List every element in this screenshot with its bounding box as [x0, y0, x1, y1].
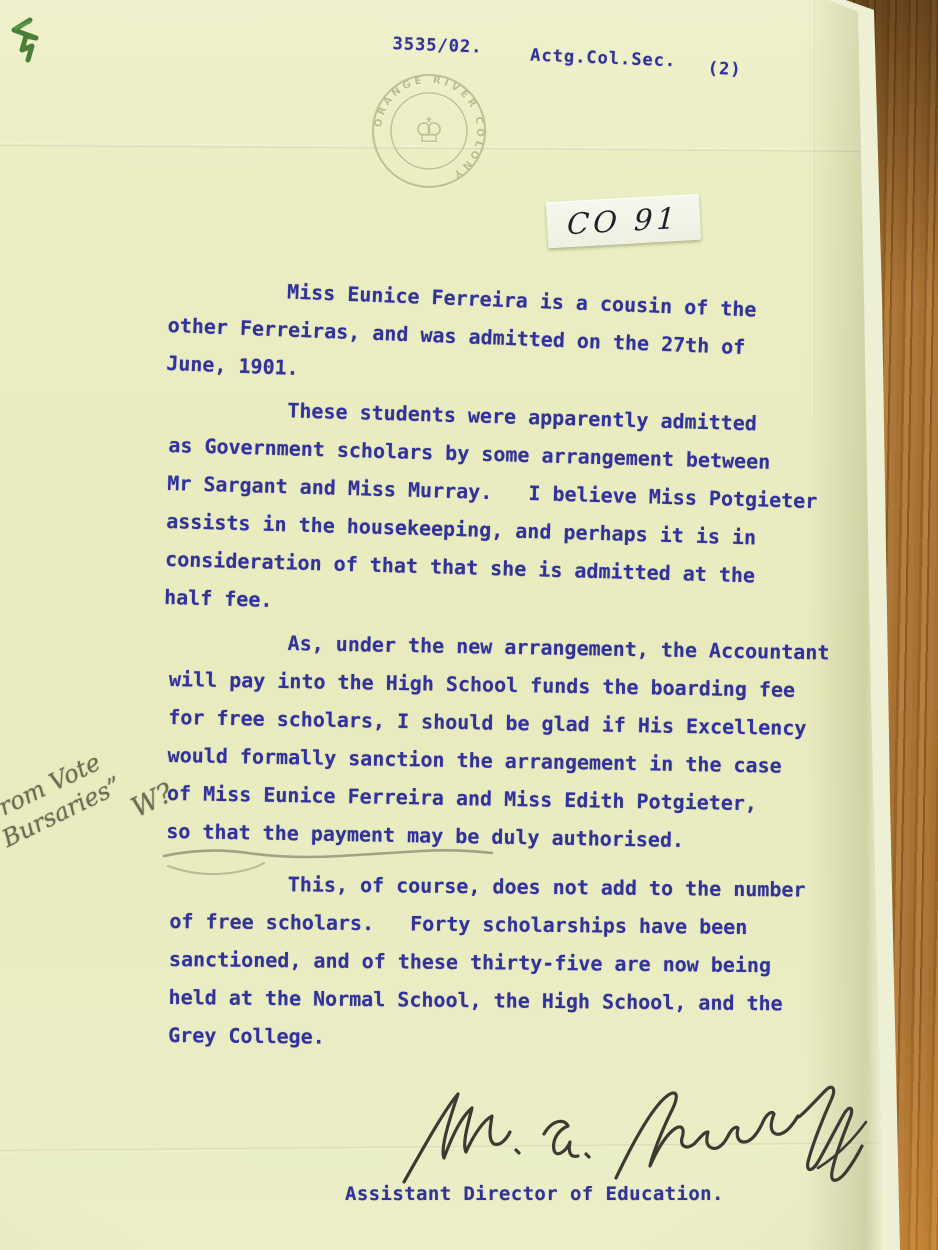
archive-label-text: CO 91 — [567, 201, 681, 241]
signature-title: Assistant Director of Education. — [345, 1183, 724, 1205]
signature-autograph — [398, 1082, 938, 1194]
green-fragment — [0, 8, 130, 78]
addressee-abbreviation: Actg.Col.Sec. — [530, 46, 677, 72]
paragraph-2: These students were apparently admitteda… — [164, 388, 860, 635]
paragraph-4: This, of course, does not add to the num… — [168, 864, 860, 1061]
pencil-underline — [158, 842, 498, 888]
paragraph-3: As, under the new arrangement, the Accou… — [166, 622, 860, 862]
archive-label: CO 91 — [546, 194, 701, 248]
file-number: 3535/02. — [392, 34, 483, 58]
paragraph-1: Miss Eunice Ferreira is a cousin of theo… — [166, 268, 860, 408]
letter-page: ORANGE RIVER COLONY ♔ 3535/02. Actg.Col.… — [0, 0, 938, 1250]
crown-icon: ♔ — [414, 111, 444, 151]
photographed-letter: ORANGE RIVER COLONY ♔ 3535/02. Actg.Col.… — [0, 0, 938, 1250]
page-number: (2) — [707, 59, 741, 80]
letter-line: Grey College. — [168, 1016, 858, 1061]
